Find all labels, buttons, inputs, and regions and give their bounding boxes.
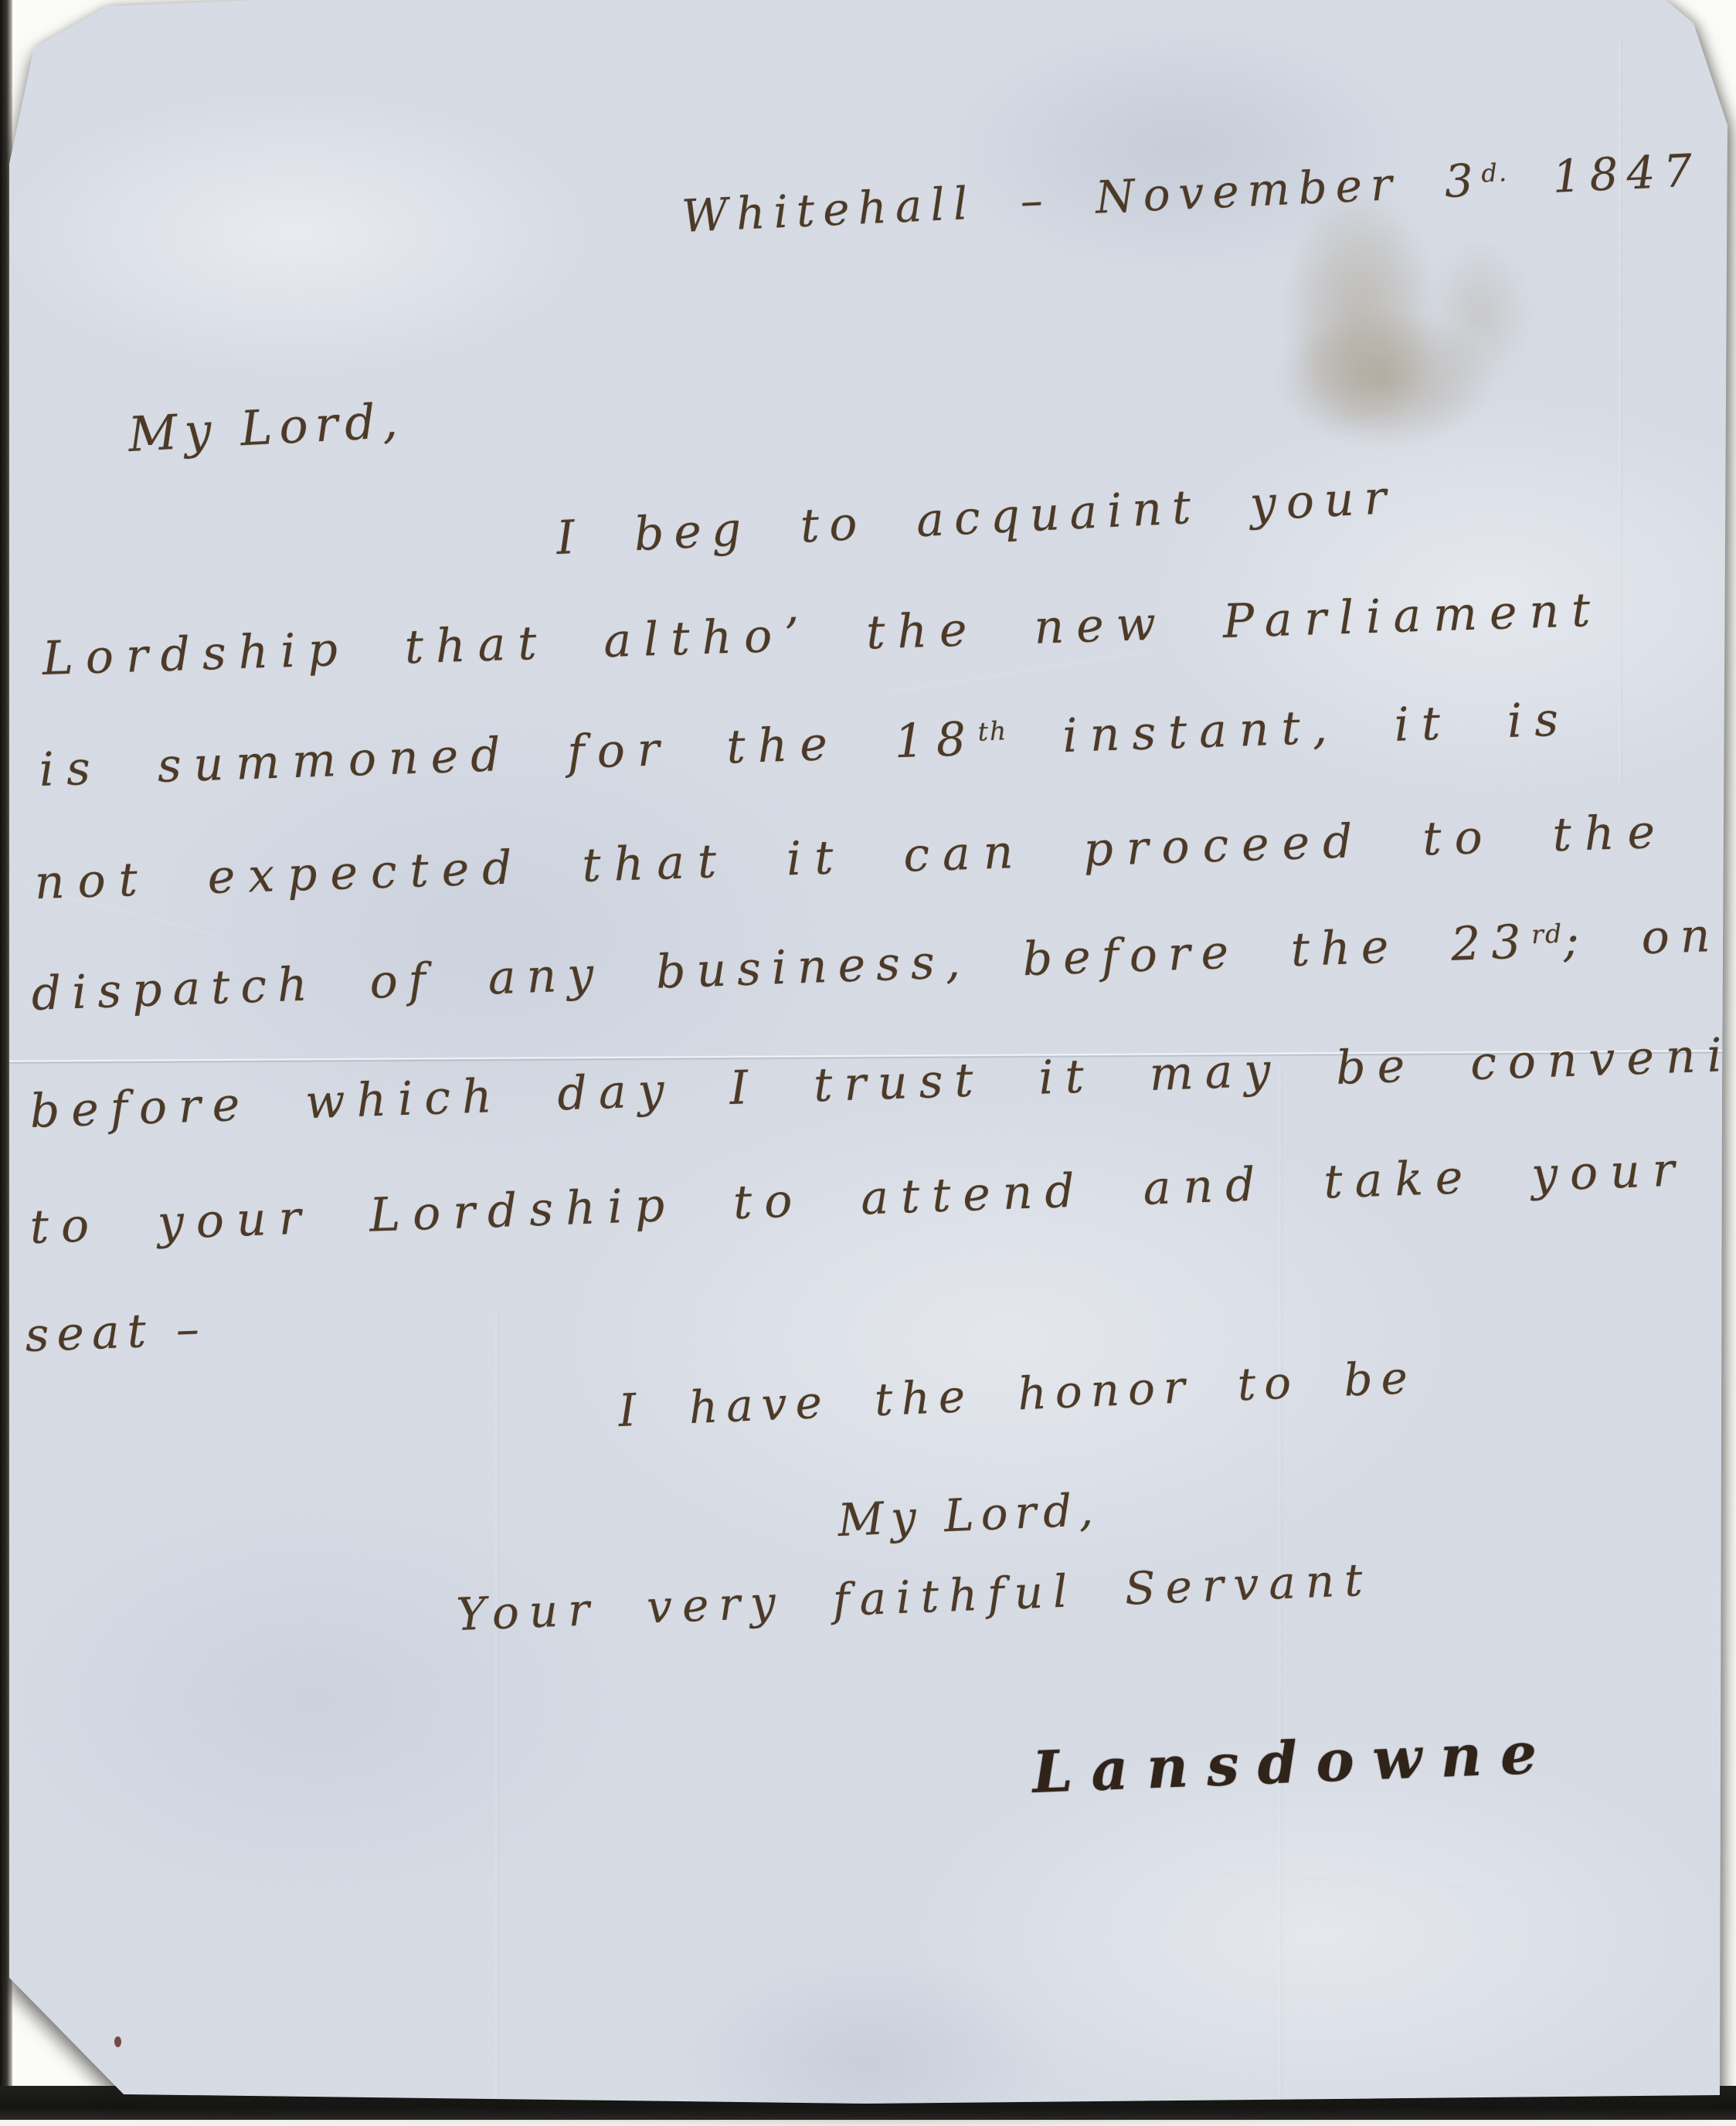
paper-wrinkle xyxy=(1190,1869,1514,1888)
body-line-text: dispatch of any business, before the 23 xyxy=(31,915,1533,1021)
ink-speck xyxy=(114,2036,121,2047)
body-line-text: to your Lordship to attend and take your xyxy=(29,1143,1688,1255)
body-line-text: ; on or xyxy=(1562,904,1736,968)
water-stain xyxy=(1269,307,1500,450)
body-line: not expected that it can proceed to the xyxy=(34,805,1669,910)
body-line-text: I beg to acquaint your xyxy=(555,470,1398,565)
body-line-text: is summoned for the 18 xyxy=(39,712,979,797)
dateline-text: Whitehall – November 3 xyxy=(681,154,1483,243)
ordinal-superscript: th xyxy=(977,715,1008,746)
valediction-text: I have the honor to be xyxy=(617,1351,1417,1437)
salutation-text: My Lord, xyxy=(127,392,406,463)
body-line: is summoned for the 18th instant, it is xyxy=(39,692,1571,797)
ordinal-superscript: rd xyxy=(1530,919,1563,949)
signature: Lansdowne xyxy=(1031,1720,1557,1806)
salutation-line: My Lord, xyxy=(127,392,406,463)
valediction-line: I have the honor to be xyxy=(617,1351,1417,1437)
fold-crease-vertical-left xyxy=(496,1313,498,2124)
ordinal-superscript: d. xyxy=(1480,158,1508,188)
valediction-text: Your very faithful Servant xyxy=(455,1554,1373,1641)
water-stain xyxy=(1422,232,1537,394)
body-line: dispatch of any business, before the 23r… xyxy=(31,904,1736,1021)
body-line: before which day I trust it may be conve… xyxy=(29,1024,1736,1139)
body-line: to your Lordship to attend and take your xyxy=(29,1143,1688,1255)
dateline: Whitehall – November 3d. 1847 xyxy=(681,144,1702,243)
body-line: seat – xyxy=(24,1302,208,1363)
dateline-year: 1847 xyxy=(1507,144,1702,205)
scanned-letter-page: Whitehall – November 3d. 1847 My Lord, I… xyxy=(0,0,1736,2126)
water-stain xyxy=(1279,184,1442,439)
paper-sheet: Whitehall – November 3d. 1847 My Lord, I… xyxy=(0,0,1736,2126)
body-line: Lordship that altho’ the new Parliament xyxy=(42,583,1603,686)
body-line-text: before which day I trust it may be conve… xyxy=(29,1024,1736,1139)
body-line-text: seat – xyxy=(24,1302,208,1363)
valediction-line: My Lord, xyxy=(837,1483,1101,1547)
valediction-line: Your very faithful Servant xyxy=(455,1554,1373,1641)
body-line-text: Lordship that altho’ the new Parliament xyxy=(42,583,1603,686)
signature-text: Lansdowne xyxy=(1031,1720,1557,1806)
body-line: I beg to acquaint your xyxy=(555,470,1398,565)
valediction-text: My Lord, xyxy=(837,1483,1101,1547)
body-line-text: not expected that it can proceed to the xyxy=(34,805,1669,910)
paper-sheet-wrapper: Whitehall – November 3d. 1847 My Lord, I… xyxy=(0,0,1736,2126)
body-line-text: instant, it is xyxy=(1007,692,1571,765)
